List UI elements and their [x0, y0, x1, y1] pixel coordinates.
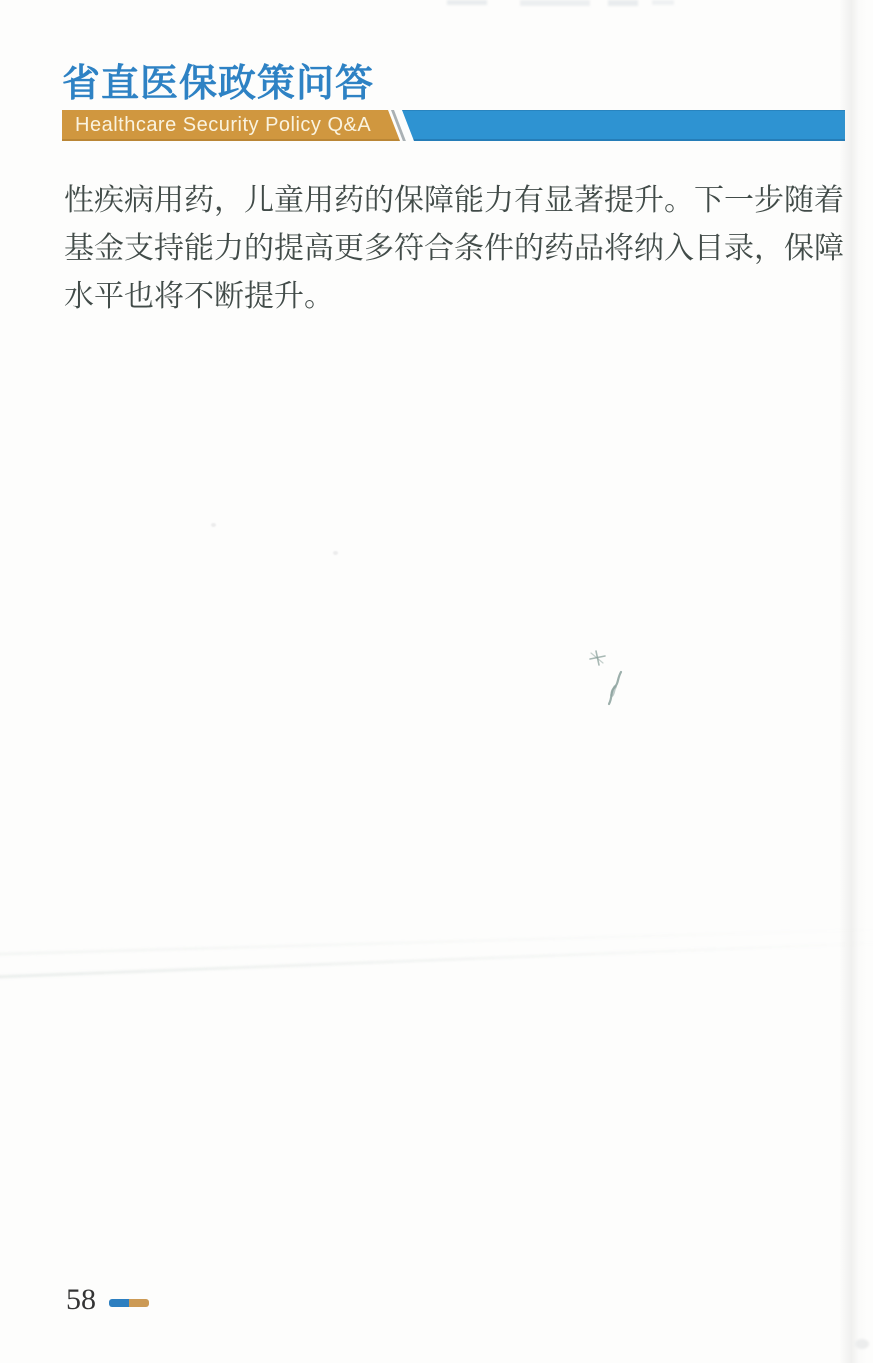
scan-smudge — [447, 0, 487, 5]
scan-speck — [333, 551, 338, 555]
body-line: 水平也将不断提升。 — [64, 273, 848, 321]
scan-smudge — [855, 1339, 869, 1349]
scan-smudge — [520, 0, 590, 6]
banner-blue-stripe — [402, 110, 845, 141]
page-footer: 58 — [66, 1283, 149, 1317]
header-banner: Healthcare Security Policy Q&A — [62, 110, 845, 141]
scan-smudge — [652, 0, 674, 5]
footer-bar-orange-segment — [129, 1299, 149, 1307]
page-number: 58 — [66, 1283, 96, 1317]
banner-orange-ribbon: Healthcare Security Policy Q&A — [62, 110, 407, 141]
footer-bar-blue-segment — [109, 1299, 129, 1307]
body-line: 基金支持能力的提高更多符合条件的药品将纳入目录，保障 — [64, 225, 848, 273]
scan-mark-squiggle — [580, 645, 640, 725]
page-title: 省直医保政策问答 — [62, 63, 374, 105]
scan-crease — [0, 940, 873, 978]
page-subtitle: Healthcare Security Policy Q&A — [75, 110, 371, 141]
body-line: 性疾病用药，儿童用药的保障能力有显著提升。下一步随着 — [64, 177, 848, 225]
body-paragraph: 性疾病用药，儿童用药的保障能力有显著提升。下一步随着 基金支持能力的提高更多符合… — [64, 177, 848, 321]
scan-crease — [0, 927, 873, 956]
footer-decoration-bar — [109, 1299, 149, 1307]
scanned-document-page: 省直医保政策问答 Healthcare Security Policy Q&A … — [0, 0, 873, 1363]
scan-smudge — [608, 0, 638, 6]
scan-speck — [211, 523, 216, 527]
page-edge-shadow — [839, 0, 867, 1363]
